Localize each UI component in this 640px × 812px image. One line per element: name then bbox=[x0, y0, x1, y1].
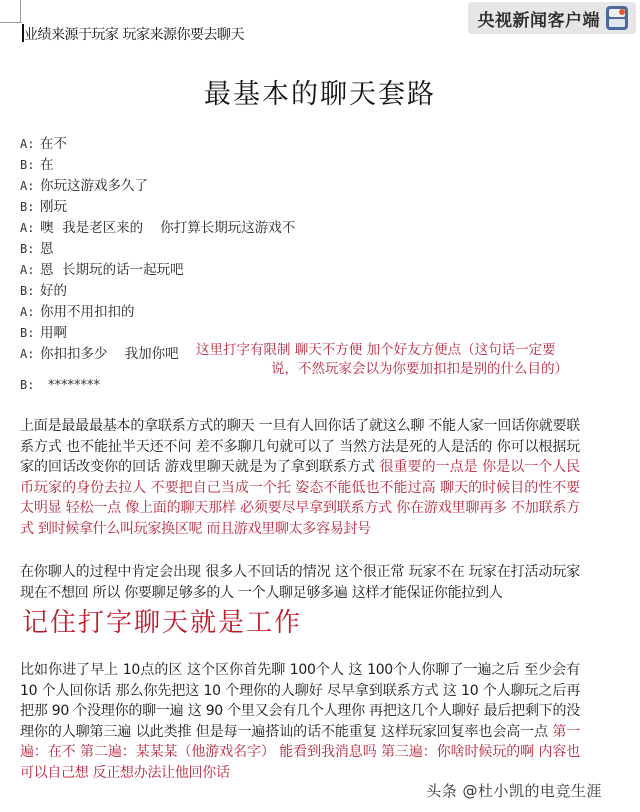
dialog-line: A:你玩这游戏多久了 bbox=[20, 176, 620, 197]
dialog-list: A:在不 B:在 A:你玩这游戏多久了 B:刚玩 A:噢 我是老区来的 你打算长… bbox=[20, 134, 620, 365]
document-title: 最基本的聊天套路 bbox=[0, 72, 640, 111]
page-margin-mark bbox=[0, 22, 22, 23]
dialog-line: B:在 bbox=[20, 155, 620, 176]
dialog-line: B:恩 bbox=[20, 239, 620, 260]
dialog-line: A:噢 我是老区来的 你打算长期玩这游戏不 bbox=[20, 218, 620, 239]
dialog-line: B:好的 bbox=[20, 281, 620, 302]
dialog-line-masked: B:******** bbox=[20, 378, 100, 393]
source-badge: 央视新闻客户端 bbox=[468, 2, 636, 34]
paragraph-1: 上面是最最最基本的拿联系方式的聊天 一旦有人回你话了就这么聊 不能人家一回话你就… bbox=[20, 416, 580, 539]
dialog-line: A:在不 bbox=[20, 134, 620, 155]
emphasis-heading: 记住打字聊天就是工作 bbox=[22, 602, 302, 639]
dialog-line: B:刚玩 bbox=[20, 197, 620, 218]
header-line: 业绩来源于玩家 玩家来源你要去聊天 bbox=[24, 24, 244, 44]
cctv-news-app-icon bbox=[606, 6, 628, 30]
watermark: 头条 @杜小凯的电竞生涯 bbox=[426, 780, 602, 801]
dialog-annotation: 这里打字有限制 聊天不方便 加个好友方便点（这句话一定要 说，不然玩家会以为你要… bbox=[196, 341, 568, 379]
paragraph-2: 在你聊人的过程中肯定会出现 很多人不回话的情况 这个很正常 玩家不在 玩家在打活… bbox=[20, 562, 580, 603]
dialog-line: A:你用不用扣扣的 bbox=[20, 302, 620, 323]
dialog-line: A:恩 长期玩的话一起玩吧 bbox=[20, 260, 620, 281]
source-badge-label: 央视新闻客户端 bbox=[478, 6, 601, 31]
paragraph-3: 比如你进了早上 10点的区 这个区你首先聊 100个人 这 100个人你聊了一遍… bbox=[20, 660, 580, 783]
page-margin-mark bbox=[20, 0, 21, 23]
